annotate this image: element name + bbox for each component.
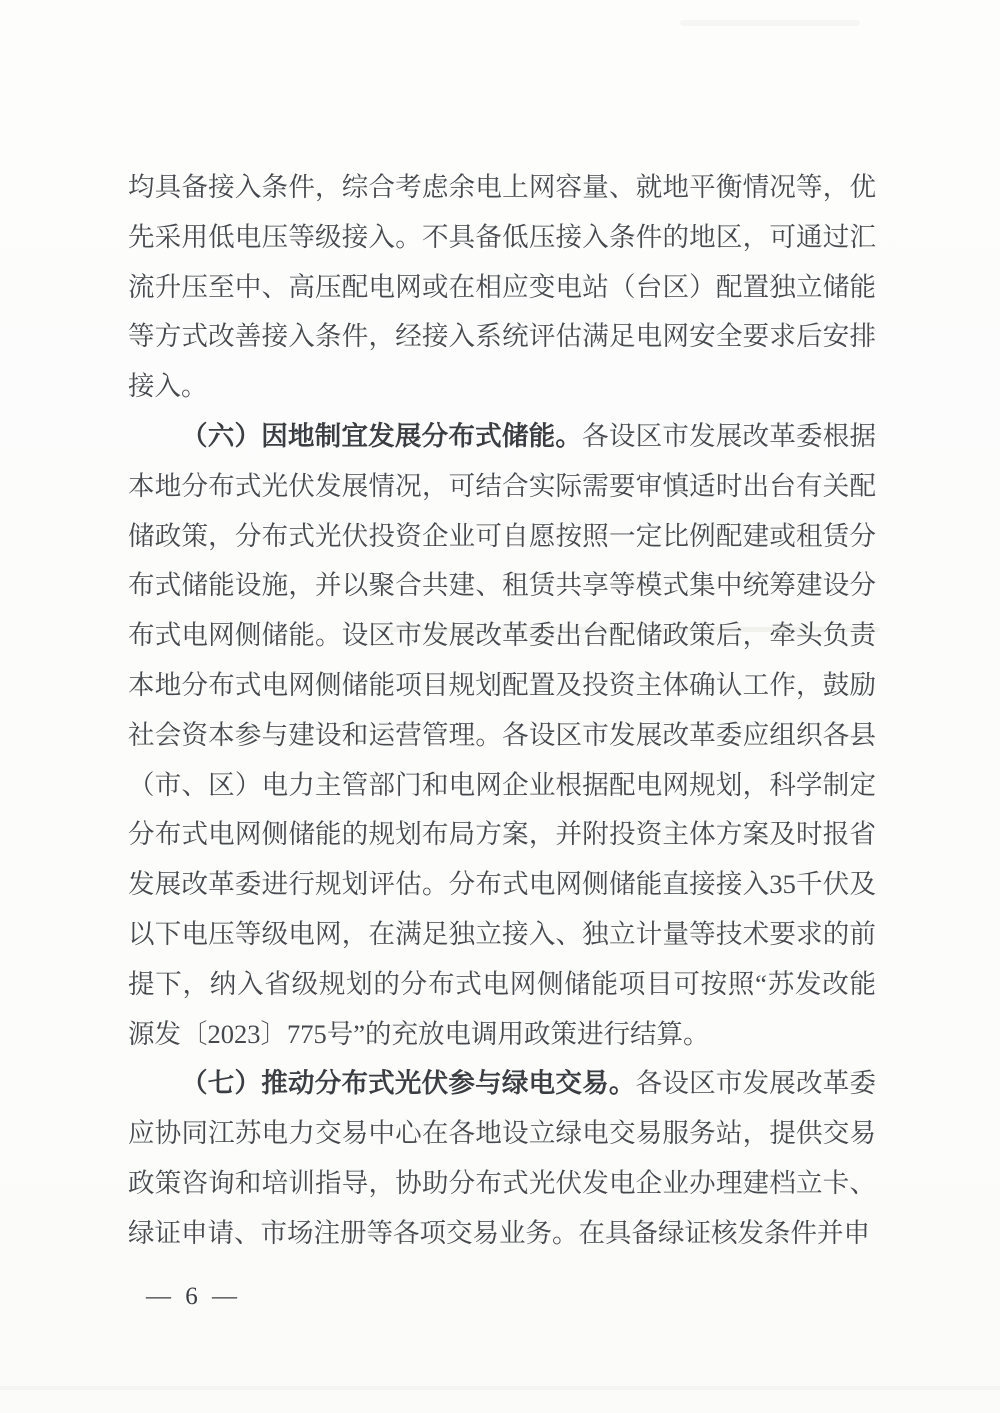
paragraph-item-7: （七）推动分布式光伏参与绿电交易。各设区市发展改革委应协同江苏电力交易中心在各地… <box>128 1059 876 1258</box>
paragraph-lead: （六）因地制宜发展分布式储能。 <box>181 421 582 451</box>
paragraph-text: 均具备接入条件，综合考虑余电上网容量、就地平衡情况等，优先采用低电压等级接入。不… <box>128 172 876 401</box>
scan-artifact <box>680 20 860 26</box>
scanned-document-page: 均具备接入条件，综合考虑余电上网容量、就地平衡情况等，优先采用低电压等级接入。不… <box>0 0 1000 1413</box>
document-body: 均具备接入条件，综合考虑余电上网容量、就地平衡情况等，优先采用低电压等级接入。不… <box>128 163 876 1259</box>
paragraph-lead: （七）推动分布式光伏参与绿电交易。 <box>181 1068 636 1098</box>
page-number: — 6 — <box>146 1281 241 1313</box>
scan-artifact <box>0 1386 1000 1390</box>
paragraph-text: 各设区市发展改革委根据本地分布式光伏发展情况，可结合实际需要审慎适时出台有关配储… <box>128 421 876 1049</box>
paragraph-continuation: 均具备接入条件，综合考虑余电上网容量、就地平衡情况等，优先采用低电压等级接入。不… <box>128 163 876 412</box>
paragraph-item-6: （六）因地制宜发展分布式储能。各设区市发展改革委根据本地分布式光伏发展情况，可结… <box>128 412 876 1059</box>
